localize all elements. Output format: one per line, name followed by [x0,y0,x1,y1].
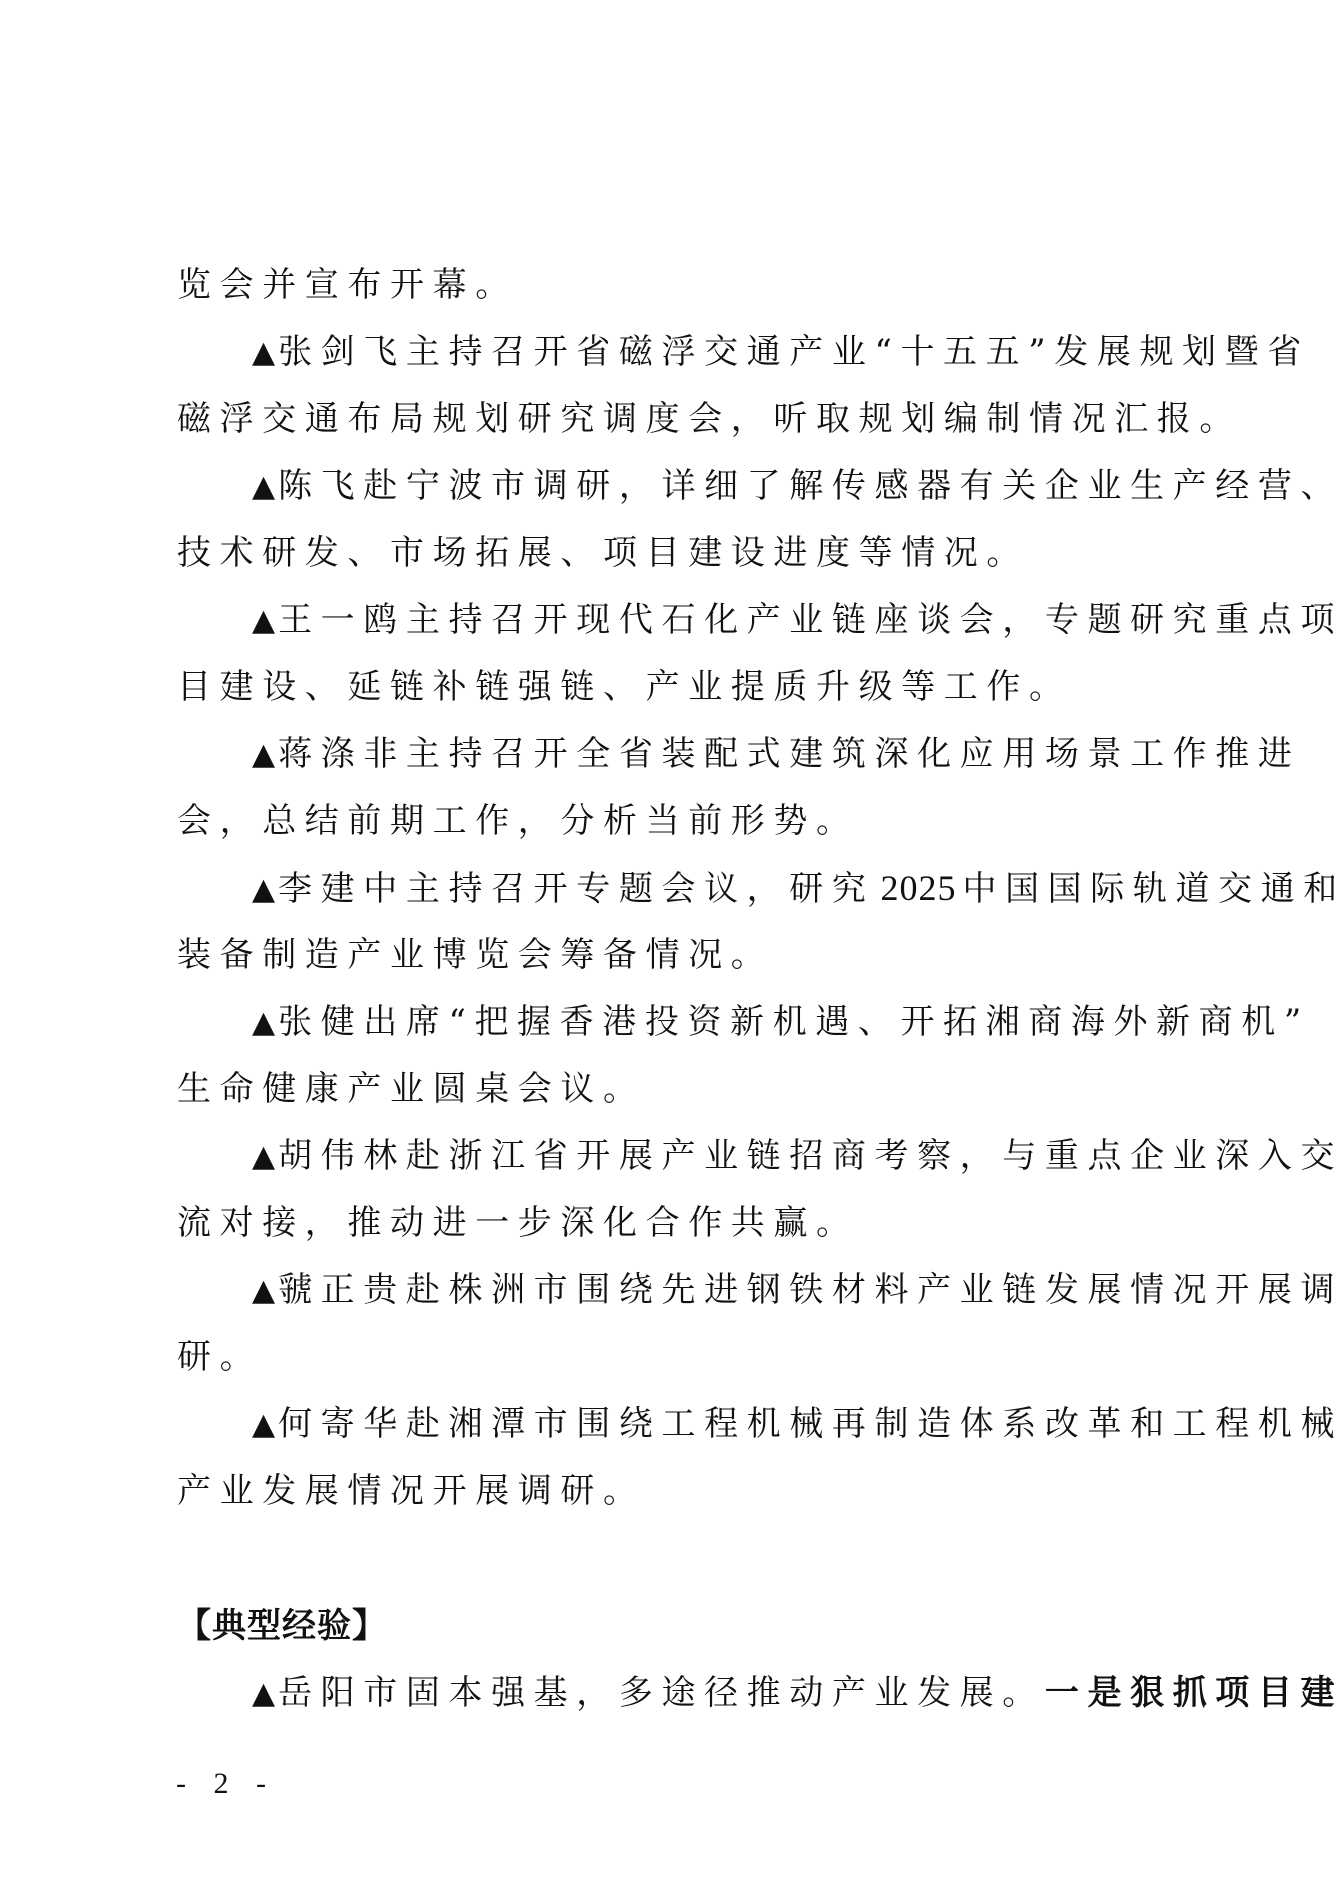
news-item-line: ▲李建中主持召开专题会议，研究2025中国国际轨道交通和 [177,855,1207,922]
news-item-text: 陈飞赴宁波市调研，详细了解传感器有关企业生产经营、 [278,466,1334,506]
experience-item-bold-text: 一是狠抓项目建 [1045,1673,1334,1713]
news-item-text: 蒋涤非主持召开全省装配式建筑深化应用场景工作推进 [278,734,1300,774]
year-number: 2025 [880,868,956,908]
news-item-line: ▲张健出席“把握香港投资新机遇、开拓湘商海外新商机” [177,989,1207,1056]
experience-item-text: 岳阳市固本强基，多途径推动产业发展。 [278,1673,1045,1713]
document-page: 览会并宣布开幕。 ▲张剑飞主持召开省磁浮交通产业“十五五”发展规划暨省 磁浮交通… [0,0,1334,1887]
triangle-bullet-icon: ▲ [252,721,275,788]
news-item-line: 目建设、延链补链强链、产业提质升级等工作。 [177,654,1207,721]
continuation-line: 览会并宣布开幕。 [177,252,1207,319]
news-item-line: 装备制造产业博览会筹备情况。 [177,922,1207,989]
news-item-line: 研。 [177,1324,1207,1391]
news-item-line: 生命健康产业圆桌会议。 [177,1056,1207,1123]
triangle-bullet-icon: ▲ [252,1391,275,1458]
news-item-text: 张健出席“把握香港投资新机遇、开拓湘商海外新商机” [278,1002,1310,1042]
news-item-text: 胡伟林赴浙江省开展产业链招商考察，与重点企业深入交 [278,1136,1334,1176]
news-item-text: 中国国际轨道交通和 [962,869,1334,909]
section-body: ▲岳阳市固本强基，多途径推动产业发展。一是狠抓项目建 [177,1660,1207,1727]
triangle-bullet-icon: ▲ [252,1257,275,1324]
triangle-bullet-icon: ▲ [252,319,275,386]
section-heading: 【典型经验】 [177,1596,387,1656]
news-item-text: 虢正贵赴株洲市围绕先进钢铁材料产业链发展情况开展调 [278,1270,1334,1310]
news-item-line: 流对接，推动进一步深化合作共赢。 [177,1190,1207,1257]
news-item-text: 王一鸥主持召开现代石化产业链座谈会，专题研究重点项 [278,600,1334,640]
news-item-line: ▲何寄华赴湘潭市围绕工程机械再制造体系改革和工程机械 [177,1391,1207,1458]
news-item-line: 会，总结前期工作，分析当前形势。 [177,788,1207,855]
news-item-line: ▲虢正贵赴株洲市围绕先进钢铁材料产业链发展情况开展调 [177,1257,1207,1324]
news-item-line: ▲王一鸥主持召开现代石化产业链座谈会，专题研究重点项 [177,587,1207,654]
news-item-line: ▲胡伟林赴浙江省开展产业链招商考察，与重点企业深入交 [177,1123,1207,1190]
news-item-line: ▲蒋涤非主持召开全省装配式建筑深化应用场景工作推进 [177,721,1207,788]
triangle-bullet-icon: ▲ [252,587,275,654]
news-item-text: 李建中主持召开专题会议，研究 [278,869,874,909]
news-item-line: ▲陈飞赴宁波市调研，详细了解传感器有关企业生产经营、 [177,453,1207,520]
news-item-text: 张剑飞主持召开省磁浮交通产业“十五五”发展规划暨省 [278,332,1310,372]
document-body: 览会并宣布开幕。 ▲张剑飞主持召开省磁浮交通产业“十五五”发展规划暨省 磁浮交通… [177,252,1207,1525]
page-number: - 2 - [176,1762,276,1806]
experience-item-line: ▲岳阳市固本强基，多途径推动产业发展。一是狠抓项目建 [177,1660,1207,1727]
news-item-text: 何寄华赴湘潭市围绕工程机械再制造体系改革和工程机械 [278,1404,1334,1444]
triangle-bullet-icon: ▲ [252,1123,275,1190]
triangle-bullet-icon: ▲ [252,1660,275,1727]
news-item-line: ▲张剑飞主持召开省磁浮交通产业“十五五”发展规划暨省 [177,319,1207,386]
news-item-line: 磁浮交通布局规划研究调度会，听取规划编制情况汇报。 [177,386,1207,453]
triangle-bullet-icon: ▲ [252,989,275,1056]
triangle-bullet-icon: ▲ [252,453,275,520]
news-item-line: 产业发展情况开展调研。 [177,1458,1207,1525]
triangle-bullet-icon: ▲ [252,856,275,923]
news-item-line: 技术研发、市场拓展、项目建设进度等情况。 [177,520,1207,587]
